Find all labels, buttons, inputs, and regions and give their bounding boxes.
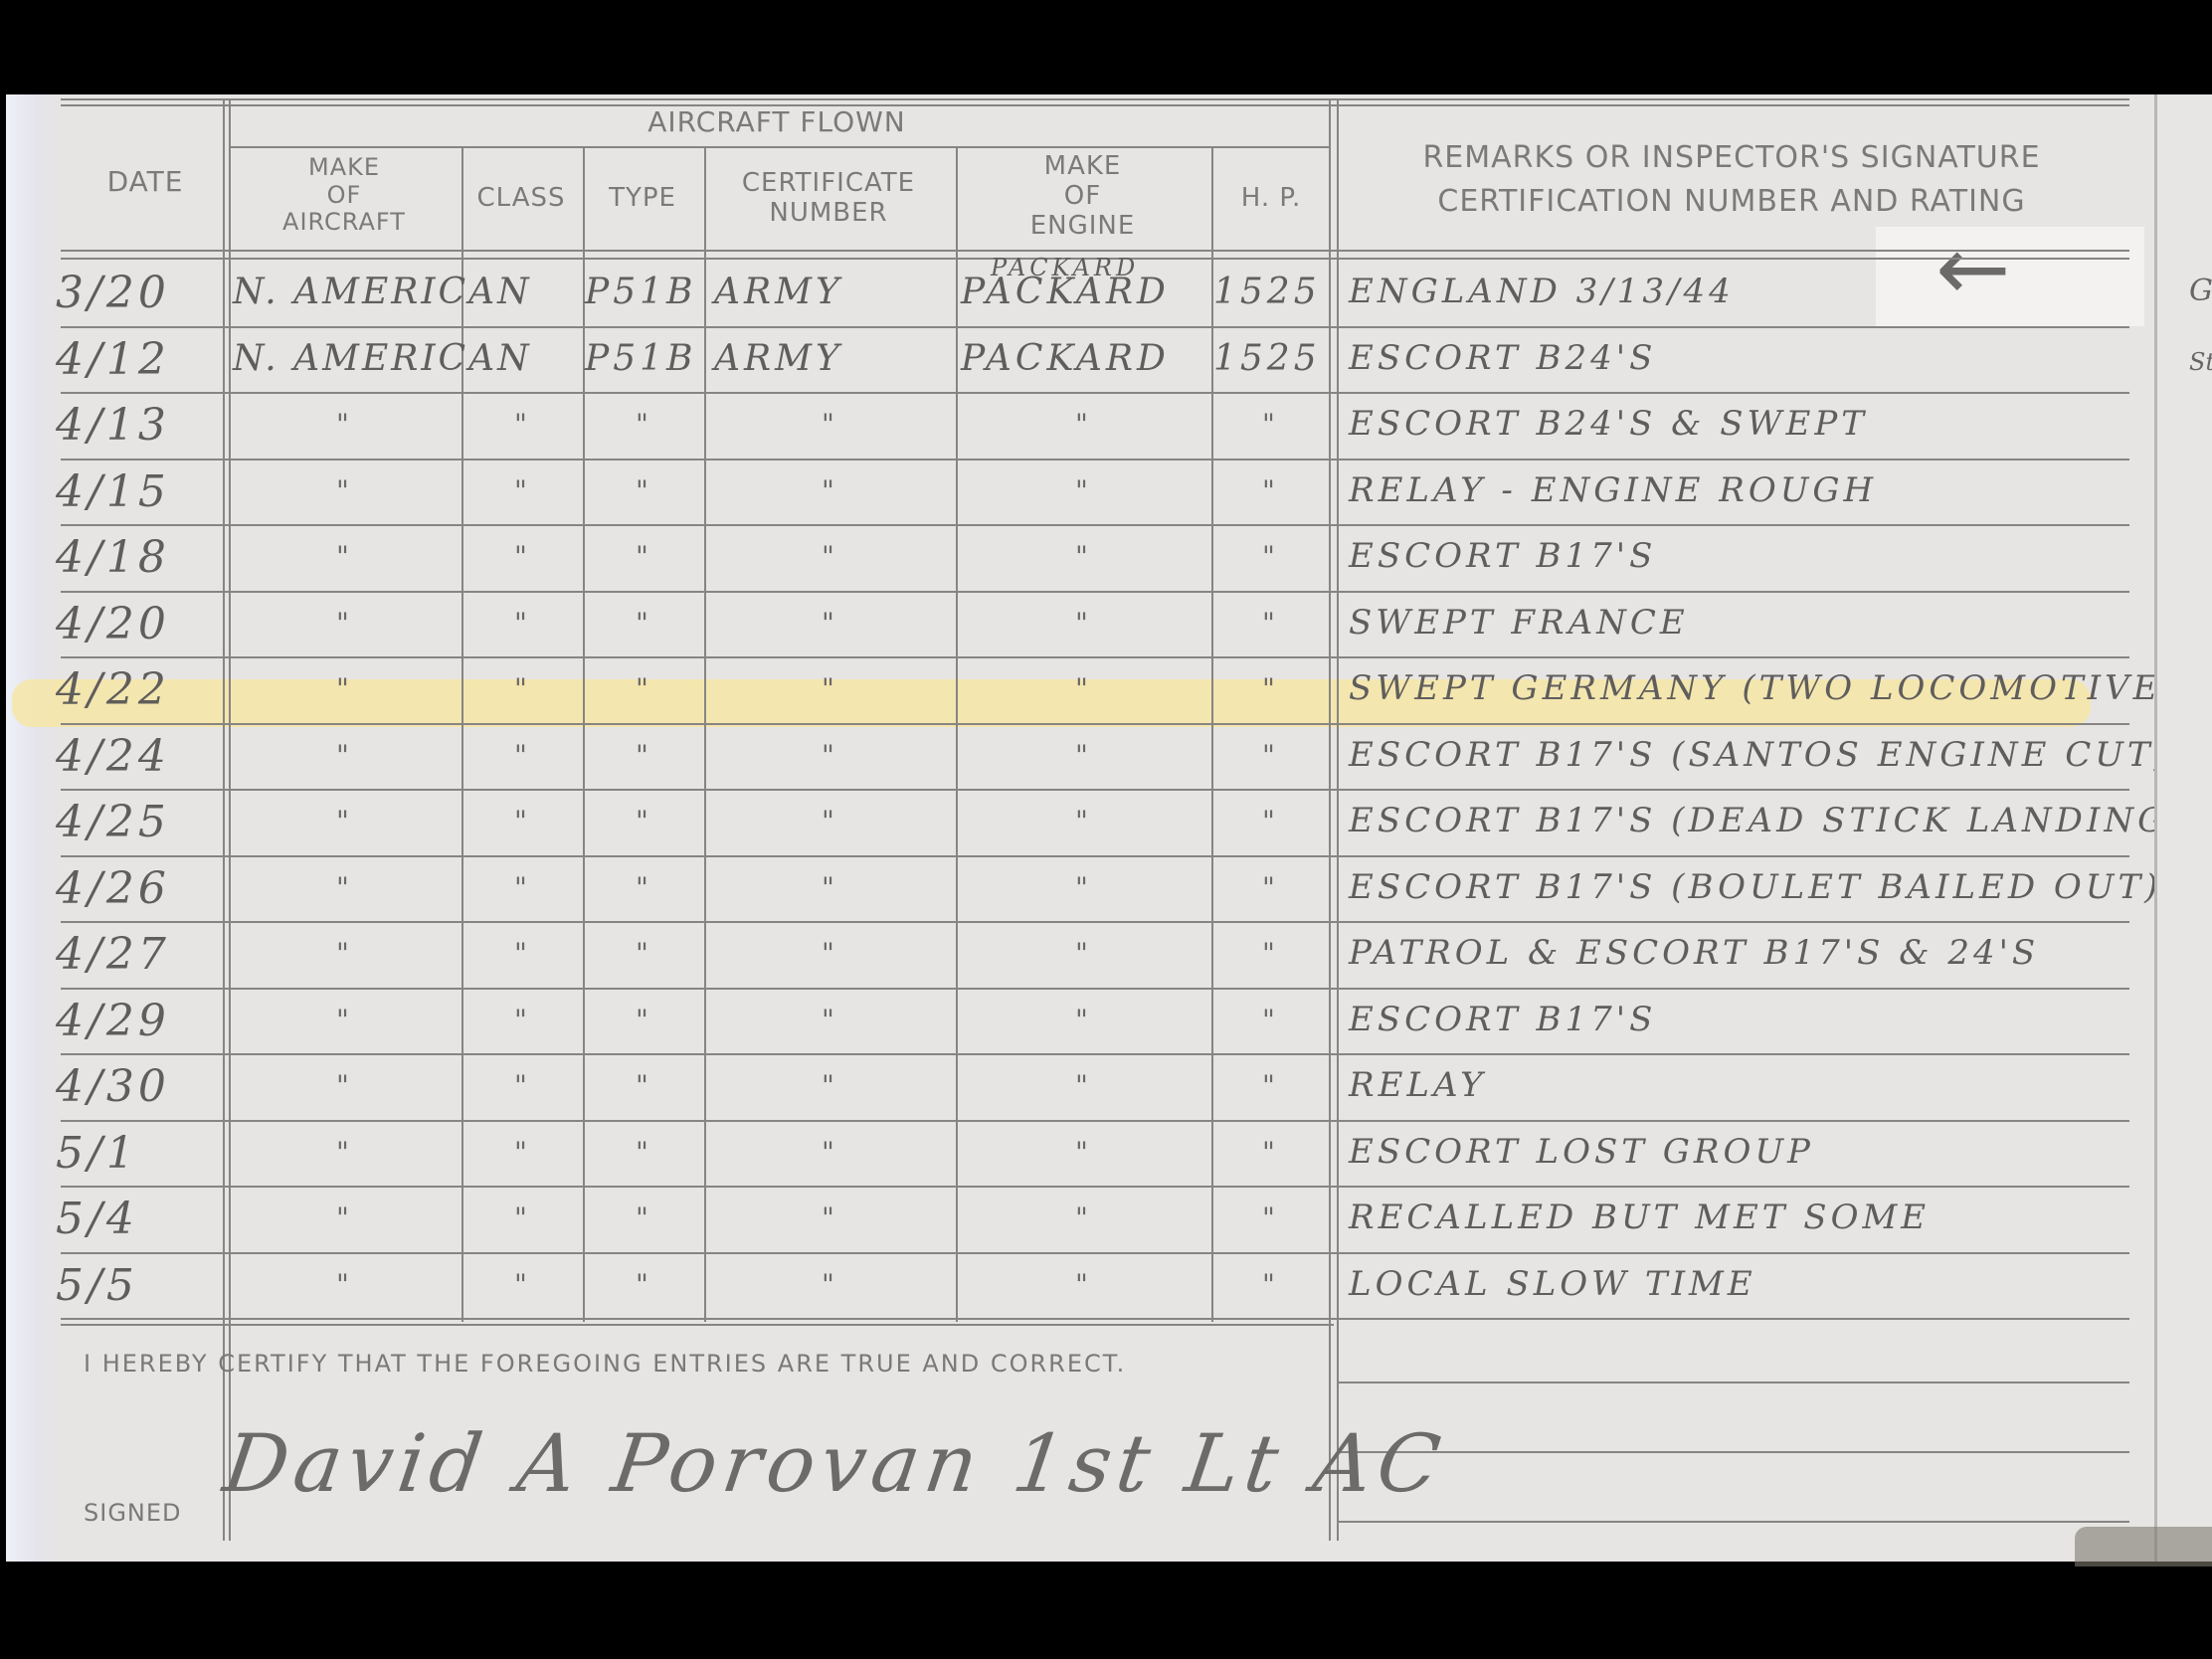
pilot-signature: David A Porovan 1st Lt AC <box>218 1417 1451 1510</box>
paper-stain <box>2075 1527 2212 1567</box>
header-make-of-engine: MAKE OF ENGINE <box>956 152 1209 242</box>
cell-engine: " <box>1075 1136 1088 1169</box>
facing-page-fragment: St <box>2189 348 2212 376</box>
cell-make: " <box>336 937 349 970</box>
table-row: 4/20""""""SWEPT FRANCE <box>6 595 2144 661</box>
cell-class: " <box>514 1136 527 1169</box>
table-row: 4/24""""""ESCORT B17'S (SANTOS ENGINE CU… <box>6 727 2144 794</box>
cell-class: " <box>514 937 527 970</box>
cell-type: " <box>636 1268 648 1301</box>
cell-class: " <box>514 408 527 441</box>
cell-cert: " <box>822 937 834 970</box>
cell-cert: " <box>822 1069 834 1102</box>
cell-class: " <box>514 739 527 772</box>
cell-hp: " <box>1262 739 1275 772</box>
cell-cert: " <box>822 408 834 441</box>
cell-date: 5/1 <box>56 1128 138 1179</box>
rule-line <box>61 98 2129 100</box>
cell-remarks: RELAY - ENGINE ROUGH <box>1349 470 1877 510</box>
cell-remarks: ESCORT B17'S (BOULET BAILED OUT)* <box>1349 867 2182 907</box>
cell-class: " <box>514 1069 527 1102</box>
cell-type: " <box>636 739 648 772</box>
cell-make: " <box>336 1268 349 1301</box>
rule-line <box>230 146 1329 148</box>
cell-class: " <box>514 1201 527 1234</box>
cell-engine: " <box>1075 408 1088 441</box>
header-hp: H. P. <box>1211 184 1331 214</box>
cell-date: 4/15 <box>56 466 170 517</box>
cell-hp: " <box>1262 540 1275 573</box>
cell-engine: " <box>1075 937 1088 970</box>
cell-make: " <box>336 739 349 772</box>
cell-engine: " <box>1075 607 1088 640</box>
cell-hp: " <box>1262 1201 1275 1234</box>
cell-remarks: SWEPT GERMANY (TWO LOCOMOTIVES) <box>1349 668 2206 708</box>
cell-remarks: ENGLAND 3/13/44 <box>1349 272 1735 311</box>
rule-line <box>61 250 2129 252</box>
header-remarks: REMARKS OR INSPECTOR'S SIGNATURE CERTIFI… <box>1339 136 2124 223</box>
rule-line <box>61 1324 1334 1326</box>
cell-type: " <box>636 1004 648 1036</box>
cell-type: " <box>636 1069 648 1102</box>
cell-type: " <box>636 937 648 970</box>
cell-hp: 1525 <box>1213 272 1321 312</box>
cell-type: " <box>636 1201 648 1234</box>
cell-date: 4/26 <box>56 863 170 914</box>
header-date: DATE <box>66 166 225 198</box>
rule-line <box>1339 1521 2129 1523</box>
cell-remarks: ESCORT B17'S <box>1349 536 1656 576</box>
cell-class: " <box>514 474 527 507</box>
cell-make: " <box>336 1136 349 1169</box>
table-row: 4/29""""""ESCORT B17'S <box>6 992 2144 1058</box>
header-type: TYPE <box>583 184 702 214</box>
cell-make: " <box>336 672 349 705</box>
table-row: 5/1""""""ESCORT LOST GROUP <box>6 1124 2144 1191</box>
cell-cert: " <box>822 672 834 705</box>
rule-line <box>1339 1382 2129 1383</box>
cell-engine: " <box>1075 1268 1088 1301</box>
cell-date: 3/20 <box>56 268 170 318</box>
cell-type: P51B <box>585 338 697 379</box>
cell-remarks: LOCAL SLOW TIME <box>1349 1264 1756 1304</box>
cell-type: " <box>636 871 648 904</box>
cell-remarks: PATROL & ESCORT B17'S & 24'S <box>1349 933 2039 973</box>
cell-cert: " <box>822 474 834 507</box>
facing-page-fragment: G <box>2189 274 2212 308</box>
cell-make: " <box>336 408 349 441</box>
cell-date: 5/4 <box>56 1194 138 1244</box>
cell-engine: " <box>1075 1069 1088 1102</box>
cell-make: " <box>336 1069 349 1102</box>
cell-hp: " <box>1262 1268 1275 1301</box>
cell-remarks: ESCORT B24'S <box>1349 338 1656 378</box>
cell-class: " <box>514 672 527 705</box>
cell-date: 4/24 <box>56 731 170 782</box>
table-row: 4/22""""""SWEPT GERMANY (TWO LOCOMOTIVES… <box>6 660 2144 727</box>
cell-make: " <box>336 1004 349 1036</box>
cell-engine: " <box>1075 871 1088 904</box>
cell-hp: " <box>1262 1136 1275 1169</box>
table-row: 4/26""""""ESCORT B17'S (BOULET BAILED OU… <box>6 859 2144 926</box>
cell-engine: " <box>1075 805 1088 837</box>
cell-hp: " <box>1262 474 1275 507</box>
cell-class: " <box>514 607 527 640</box>
cell-remarks: ESCORT B24'S & SWEPT <box>1349 404 1868 444</box>
certify-statement: I HEREBY CERTIFY THAT THE FOREGOING ENTR… <box>84 1350 1126 1378</box>
cell-hp: " <box>1262 607 1275 640</box>
cell-hp: 1525 <box>1213 338 1321 379</box>
cell-hp: " <box>1262 871 1275 904</box>
cell-remarks: ESCORT B17'S <box>1349 1000 1656 1039</box>
cell-date: 5/5 <box>56 1260 138 1311</box>
cell-cert: " <box>822 805 834 837</box>
cell-date: 4/13 <box>56 400 170 451</box>
cell-hp: " <box>1262 408 1275 441</box>
cell-cert: " <box>822 1201 834 1234</box>
cell-class: " <box>514 540 527 573</box>
cell-cert: ARMY <box>714 272 843 312</box>
cell-make: " <box>336 805 349 837</box>
cell-type: " <box>636 672 648 705</box>
table-row: 5/5""""""LOCAL SLOW TIME <box>6 1256 2144 1323</box>
engine-correction-note: PACKARD <box>991 254 1139 281</box>
cell-make: " <box>336 474 349 507</box>
cell-date: 4/25 <box>56 797 170 847</box>
header-make-of-aircraft: MAKE OF AIRCRAFT <box>230 154 459 237</box>
cell-type: P51B <box>585 272 697 312</box>
cell-date: 4/29 <box>56 996 170 1046</box>
cell-remarks: RECALLED BUT MET SOME <box>1349 1198 1930 1237</box>
logbook-page: ← DATE AIRCRAFT FLOWN MAKE OF AIRCRAFT C… <box>6 94 2212 1562</box>
header-aircraft-flown: AIRCRAFT FLOWN <box>230 106 1324 138</box>
cell-engine: " <box>1075 540 1088 573</box>
cell-remarks: ESCORT B17'S (SANTOS ENGINE CUT) <box>1349 735 2171 775</box>
cell-make: " <box>336 607 349 640</box>
facing-page-edge: G St <box>2154 94 2212 1562</box>
cell-date: 4/27 <box>56 929 170 980</box>
table-row: 4/15""""""RELAY - ENGINE ROUGH <box>6 462 2144 529</box>
cell-hp: " <box>1262 1004 1275 1036</box>
table-row: 4/18""""""ESCORT B17'S <box>6 528 2144 595</box>
table-row: 4/25""""""ESCORT B17'S (DEAD STICK LANDI… <box>6 793 2144 859</box>
cell-remarks: ESCORT LOST GROUP <box>1349 1132 1814 1172</box>
table-row: 4/27""""""PATROL & ESCORT B17'S & 24'S <box>6 925 2144 992</box>
cell-cert: " <box>822 1004 834 1036</box>
cell-make: " <box>336 540 349 573</box>
cell-make: " <box>336 1201 349 1234</box>
cell-cert: " <box>822 739 834 772</box>
cell-class: " <box>514 1268 527 1301</box>
cell-type: " <box>636 1136 648 1169</box>
cell-hp: " <box>1262 937 1275 970</box>
cell-cert: " <box>822 1268 834 1301</box>
table-row: 4/12N. AMERICANP51BARMYPACKARD1525ESCORT… <box>6 330 2144 397</box>
cell-remarks: ESCORT B17'S (DEAD STICK LANDING) <box>1349 801 2186 840</box>
cell-cert: " <box>822 607 834 640</box>
cell-type: " <box>636 805 648 837</box>
cell-cert: ARMY <box>714 338 843 379</box>
table-row: 4/13""""""ESCORT B24'S & SWEPT <box>6 396 2144 462</box>
cell-date: 4/30 <box>56 1061 170 1112</box>
cell-engine: " <box>1075 1201 1088 1234</box>
signed-label: SIGNED <box>84 1499 182 1527</box>
cell-hp: " <box>1262 1069 1275 1102</box>
cell-type: " <box>636 408 648 441</box>
cell-engine: " <box>1075 672 1088 705</box>
cell-class: " <box>514 805 527 837</box>
cell-cert: " <box>822 540 834 573</box>
cell-hp: " <box>1262 805 1275 837</box>
cell-remarks: RELAY <box>1349 1065 1487 1105</box>
cell-hp: " <box>1262 672 1275 705</box>
cell-make: N. AMERICAN <box>233 338 532 379</box>
cell-type: " <box>636 474 648 507</box>
table-row: 5/4""""""RECALLED BUT MET SOME <box>6 1190 2144 1256</box>
cell-date: 4/18 <box>56 532 170 583</box>
header-class: CLASS <box>461 184 581 214</box>
table-row: 4/30""""""RELAY <box>6 1057 2144 1124</box>
cell-make: N. AMERICAN <box>233 272 532 312</box>
cell-date: 4/12 <box>56 334 170 385</box>
cell-engine: " <box>1075 474 1088 507</box>
cell-remarks: SWEPT FRANCE <box>1349 603 1689 643</box>
cell-engine: " <box>1075 739 1088 772</box>
cell-engine: " <box>1075 1004 1088 1036</box>
cell-class: " <box>514 871 527 904</box>
header-certificate-number: CERTIFICATE NUMBER <box>704 169 953 229</box>
cell-type: " <box>636 607 648 640</box>
cell-date: 4/20 <box>56 599 170 649</box>
cell-make: " <box>336 871 349 904</box>
cell-cert: " <box>822 871 834 904</box>
cell-engine: PACKARD <box>961 338 1170 379</box>
cell-type: " <box>636 540 648 573</box>
cell-class: " <box>514 1004 527 1036</box>
rule-line <box>1339 1451 2129 1453</box>
cell-cert: " <box>822 1136 834 1169</box>
cell-date: 4/22 <box>56 664 170 715</box>
